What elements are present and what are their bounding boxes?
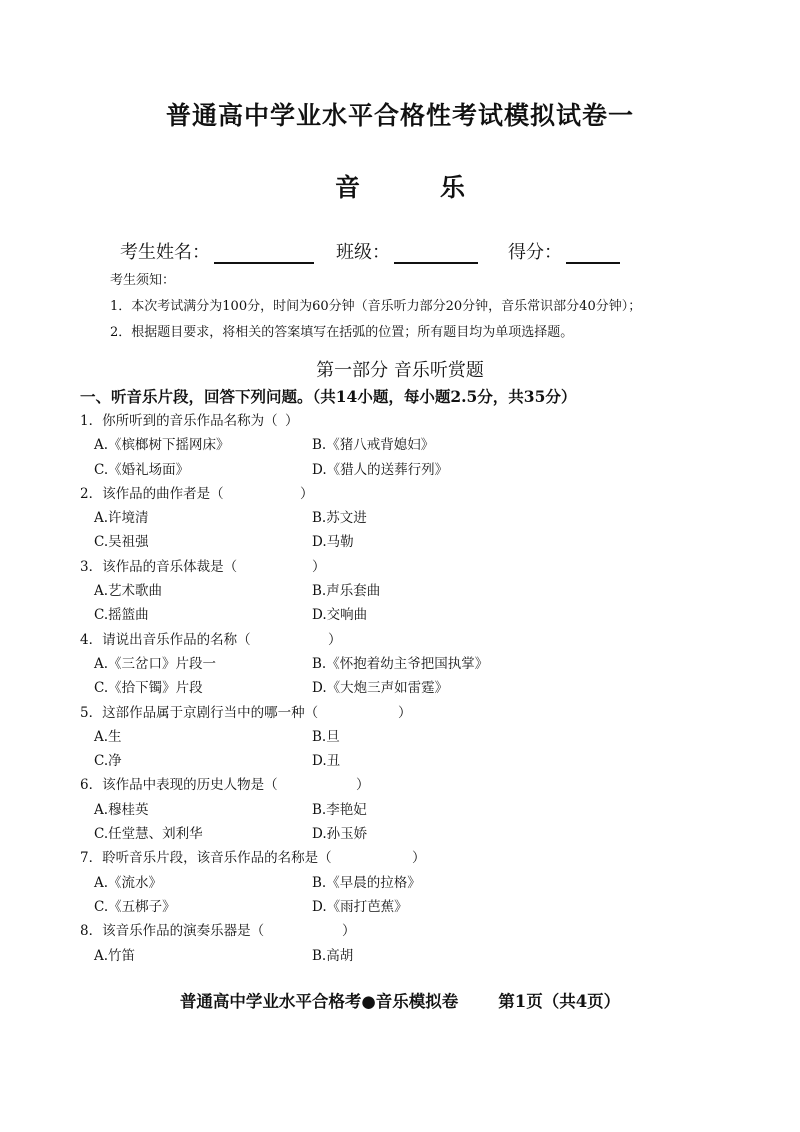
score-label: 得分： [508,238,562,264]
note-item-2: 2．根据题目要求，将相关的答案填写在括弧的位置；所有题目均为单项选择题。 [110,320,641,346]
class-blank[interactable] [394,244,478,264]
answer-paren-close: ） [300,482,314,506]
option-c[interactable]: C.任堂慧、刘利华 [80,822,312,846]
question-7-stem: 7．聆听音乐片段，该音乐作品的名称是（ ） [80,846,720,870]
answer-paren-close: ） [312,555,326,579]
option-b[interactable]: B.高胡 [312,944,353,968]
answer-paren-close: ） [356,773,370,797]
question-5-options-row-2: C.净 D.丑 [80,749,720,773]
option-b[interactable]: B.苏文进 [312,506,367,530]
question-1-stem: 1．你所听到的音乐作品名称为（ ） [80,409,720,433]
option-a[interactable]: A.《槟榔树下摇网床》 [80,433,312,457]
option-a[interactable]: A.竹笛 [80,944,312,968]
option-b[interactable]: B.李艳妃 [312,798,367,822]
question-7-options-row-2: C.《五梆子》 D.《雨打芭蕉》 [80,895,720,919]
subject-title: 音乐 [0,168,800,204]
question-1-options-row-2: C.《婚礼场面》 D.《猎人的送葬行列》 [80,458,720,482]
answer-paren-close: ） [398,701,412,725]
page-footer: 普通高中学业水平合格考●音乐模拟卷第1页（共4页） [0,988,800,1012]
question-group-heading: 一、听音乐片段，回答下列问题。（共14小题，每小题2.5分，共35分） [80,385,576,407]
option-a[interactable]: A.许境清 [80,506,312,530]
question-4-options-row-1: A.《三岔口》片段一 B.《怀抱着幼主爷把国执掌》 [80,652,720,676]
question-7-options-row-1: A.《流水》 B.《早晨的拉格》 [80,871,720,895]
subject-char-1: 音 [335,168,360,204]
option-b[interactable]: B.声乐套曲 [312,579,380,603]
question-text: 3．该作品的音乐体裁是（ [80,559,237,575]
question-1-options-row-1: A.《槟榔树下摇网床》 B.《猪八戒背媳妇》 [80,433,720,457]
option-b[interactable]: B.《怀抱着幼主爷把国执掌》 [312,652,488,676]
answer-paren-close: ） [342,919,356,943]
question-6-stem: 6．该作品中表现的历史人物是（ ） [80,773,720,797]
question-4-options-row-2: C.《拾下镯》片段 D.《大炮三声如雷霆》 [80,676,720,700]
option-d[interactable]: D.丑 [312,749,340,773]
question-8-options-row-1: A.竹笛 B.高胡 [80,944,720,968]
question-text: 7．聆听音乐片段，该音乐作品的名称是（ [80,850,332,866]
question-3-options-row-2: C.摇篮曲 D.交响曲 [80,603,720,627]
option-d[interactable]: D.《大炮三声如雷霆》 [312,676,448,700]
option-c[interactable]: C.《拾下镯》片段 [80,676,312,700]
option-c[interactable]: C.净 [80,749,312,773]
answer-paren-close: ） [328,628,342,652]
student-info-row: 考生姓名： 班级： 得分： [120,238,642,264]
question-5-options-row-1: A.生 B.旦 [80,725,720,749]
score-blank[interactable] [566,244,620,264]
footer-page-number: 第1页（共4页） [498,992,620,1011]
question-list: 1．你所听到的音乐作品名称为（ ） A.《槟榔树下摇网床》 B.《猪八戒背媳妇》… [80,409,720,968]
option-a[interactable]: A.生 [80,725,312,749]
option-d[interactable]: D.孙玉娇 [312,822,367,846]
subject-char-2: 乐 [440,168,465,204]
option-c[interactable]: C.《五梆子》 [80,895,312,919]
note-item-1: 1．本次考试满分为100分，时间为60分钟（音乐听力部分20分钟，音乐常识部分4… [110,294,641,320]
question-text: 2．该作品的曲作者是（ [80,486,224,502]
option-d[interactable]: D.《猎人的送葬行列》 [312,458,448,482]
answer-paren-close: ） [285,409,299,433]
question-text: 8．该音乐作品的演奏乐器是（ [80,923,264,939]
option-a[interactable]: A.《流水》 [80,871,312,895]
question-6-options-row-2: C.任堂慧、刘利华 D.孙玉娇 [80,822,720,846]
question-5-stem: 5．这部作品属于京剧行当中的哪一种（ ） [80,701,720,725]
option-b[interactable]: B.《早晨的拉格》 [312,871,421,895]
option-c[interactable]: C.《婚礼场面》 [80,458,312,482]
exam-title: 普通高中学业水平合格性考试模拟试卷一 [0,96,800,132]
option-d[interactable]: D.马勒 [312,530,354,554]
exam-page: 普通高中学业水平合格性考试模拟试卷一 音乐 考生姓名： 班级： 得分： 考生须知… [0,0,800,1132]
question-2-stem: 2．该作品的曲作者是（ ） [80,482,720,506]
option-c[interactable]: C.摇篮曲 [80,603,312,627]
option-a[interactable]: A.艺术歌曲 [80,579,312,603]
question-text: 4．请说出音乐作品的名称（ [80,632,251,648]
option-c[interactable]: C.吴祖强 [80,530,312,554]
class-label: 班级： [336,238,390,264]
footer-exam-name: 普通高中学业水平合格考●音乐模拟卷 [180,992,458,1011]
question-3-options-row-1: A.艺术歌曲 B.声乐套曲 [80,579,720,603]
option-d[interactable]: D.《雨打芭蕉》 [312,895,408,919]
section-title: 第一部分 音乐听赏题 [0,356,800,382]
name-blank[interactable] [214,244,314,264]
question-4-stem: 4．请说出音乐作品的名称（ ） [80,628,720,652]
option-b[interactable]: B.旦 [312,725,340,749]
question-2-options-row-1: A.许境清 B.苏文进 [80,506,720,530]
option-d[interactable]: D.交响曲 [312,603,367,627]
option-a[interactable]: A.《三岔口》片段一 [80,652,312,676]
question-text: 6．该作品中表现的历史人物是（ [80,777,278,793]
name-label: 考生姓名： [120,238,210,264]
notes-heading: 考生须知： [110,268,641,294]
question-3-stem: 3．该作品的音乐体裁是（ ） [80,555,720,579]
question-6-options-row-1: A.穆桂英 B.李艳妃 [80,798,720,822]
question-8-stem: 8．该音乐作品的演奏乐器是（ ） [80,919,720,943]
option-a[interactable]: A.穆桂英 [80,798,312,822]
exam-notes: 考生须知： 1．本次考试满分为100分，时间为60分钟（音乐听力部分20分钟，音… [110,268,641,346]
question-text: 1．你所听到的音乐作品名称为（ [80,413,278,429]
option-b[interactable]: B.《猪八戒背媳妇》 [312,433,434,457]
question-text: 5．这部作品属于京剧行当中的哪一种（ [80,705,318,721]
answer-paren-close: ） [412,846,426,870]
question-2-options-row-2: C.吴祖强 D.马勒 [80,530,720,554]
